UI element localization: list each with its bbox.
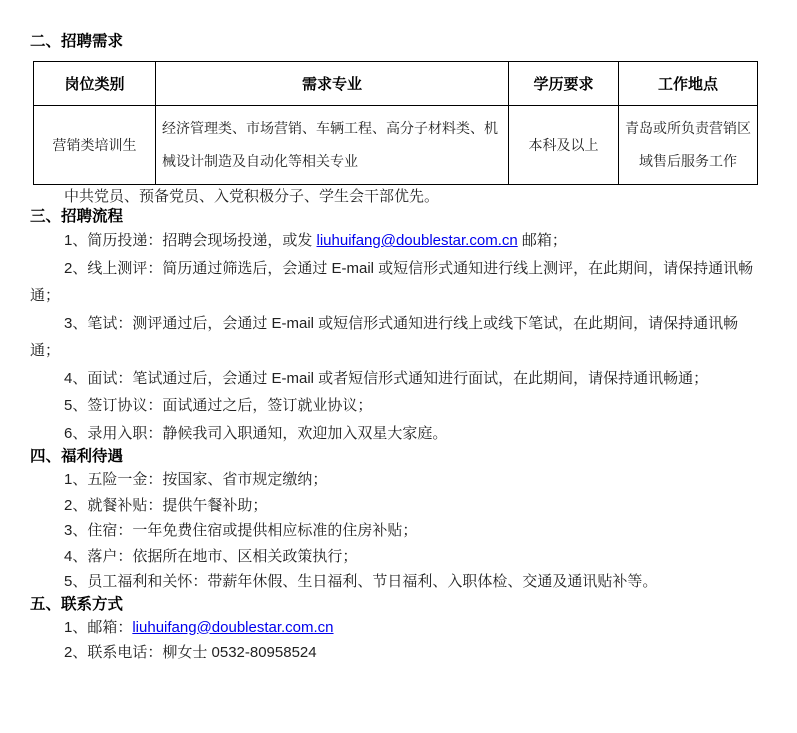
requirements-table: 岗位类别 需求专业 学历要求 工作地点 营销类培训生 经济管理类、市场营销、车辆…: [33, 61, 758, 185]
benefit-housing: 3、住宿：一年免费住宿或提供相应标准的住房补贴；: [30, 518, 756, 544]
section-heading-benefits: 四、福利待遇: [30, 447, 756, 467]
process-step-interview: 4、面试：笔试通过后，会通过 E-mail 或者短信形式通知进行面试，在此期间，…: [30, 365, 756, 393]
recruitment-document-page: { "colors": { "link": "#0000EE", "text":…: [0, 0, 797, 733]
contact-email-prefix: 1、邮箱：: [64, 619, 132, 636]
table-row: 营销类培训生 经济管理类、市场营销、车辆工程、高分子材料类、机械设计制造及自动化…: [34, 106, 758, 185]
document-content: 二、招聘需求 岗位类别 需求专业 学历要求 工作地点 营销类培训生 经济管理类、…: [0, 0, 797, 666]
benefit-meal: 2、就餐补贴：提供午餐补助；: [30, 493, 756, 519]
table-header-location: 工作地点: [619, 62, 758, 106]
table-header-position: 岗位类别: [34, 62, 156, 106]
table-header-majors: 需求专业: [156, 62, 509, 106]
contact-phone-line: 2、联系电话：柳女士 0532-80958524: [30, 640, 756, 666]
process-step-written-test: 3、笔试：测评通过后，会通过 E-mail 或短信形式通知进行线上或线下笔试，在…: [30, 310, 756, 365]
cell-position: 营销类培训生: [34, 106, 156, 185]
process-step-resume: 1、简历投递：招聘会现场投递，或发 liuhuifang@doublestar.…: [30, 227, 756, 255]
cell-majors: 经济管理类、市场营销、车辆工程、高分子材料类、机械设计制造及自动化等相关专业: [156, 106, 509, 185]
benefit-residence: 4、落户：依据所在地市、区相关政策执行；: [30, 544, 756, 570]
email-link[interactable]: liuhuifang@doublestar.com.cn: [317, 232, 518, 249]
contact-email-link[interactable]: liuhuifang@doublestar.com.cn: [132, 619, 333, 636]
cell-education: 本科及以上: [509, 106, 619, 185]
process-step-agreement: 5、签订协议：面试通过之后，签订就业协议；: [30, 392, 756, 420]
process-step-onboarding: 6、录用入职：静候我司入职通知，欢迎加入双星大家庭。: [30, 420, 756, 448]
priority-note: 中共党员、预备党员、入党积极分子、学生会干部优先。: [30, 187, 756, 207]
process-step-resume-prefix: 1、简历投递：招聘会现场投递，或发: [64, 232, 317, 249]
process-step-resume-suffix: 邮箱；: [518, 232, 567, 249]
table-header-row: 岗位类别 需求专业 学历要求 工作地点: [34, 62, 758, 106]
section-heading-process: 三、招聘流程: [30, 207, 756, 227]
section-heading-requirements: 二、招聘需求: [30, 32, 756, 52]
section-heading-contact: 五、联系方式: [30, 595, 756, 615]
process-step-online-test: 2、线上测评：简历通过筛选后，会通过 E-mail 或短信形式通知进行线上测评，…: [30, 255, 756, 310]
benefit-welfare: 5、员工福利和关怀：带薪年休假、生日福利、节日福利、入职体检、交通及通讯贴补等。: [30, 569, 756, 595]
cell-location: 青岛或所负责营销区域售后服务工作: [619, 106, 758, 185]
benefit-insurance: 1、五险一金：按国家、省市规定缴纳；: [30, 467, 756, 493]
table-header-education: 学历要求: [509, 62, 619, 106]
contact-email-line: 1、邮箱：liuhuifang@doublestar.com.cn: [30, 615, 756, 641]
